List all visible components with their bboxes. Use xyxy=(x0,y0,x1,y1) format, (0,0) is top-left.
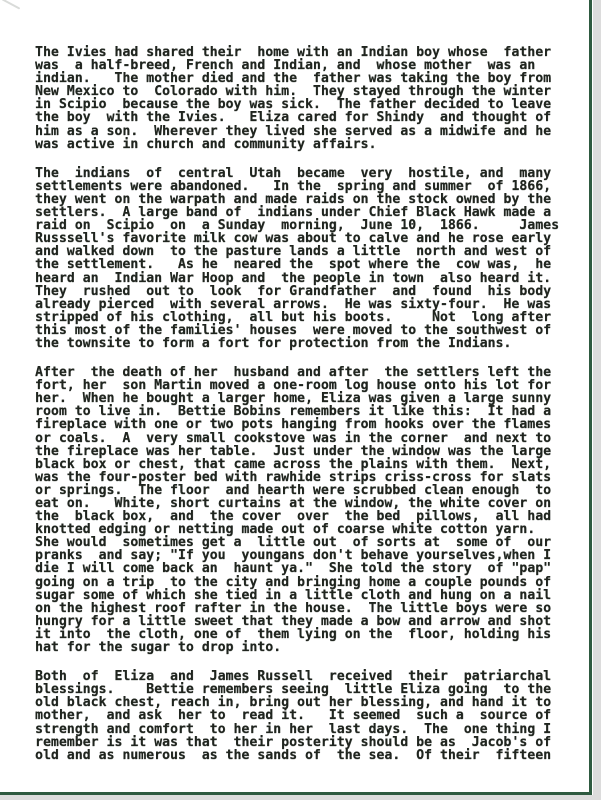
scan-matte-bottom xyxy=(0,795,601,800)
scan-matte-right xyxy=(593,0,601,800)
scanned-page: The Ivies had shared their home with an … xyxy=(0,0,601,800)
paragraph-3: After the death of her husband and after… xyxy=(35,366,569,654)
scan-border-bottom xyxy=(0,792,592,795)
paragraph-1: The Ivies had shared their home with an … xyxy=(35,46,569,151)
scan-border-right xyxy=(589,0,592,795)
scan-smudge-artifact xyxy=(2,0,21,10)
page-text-body: The Ivies had shared their home with an … xyxy=(35,46,569,778)
paragraph-2: The indians of central Utah became very … xyxy=(35,167,569,350)
paragraph-4: Both of Eliza and James Russell received… xyxy=(35,670,569,762)
